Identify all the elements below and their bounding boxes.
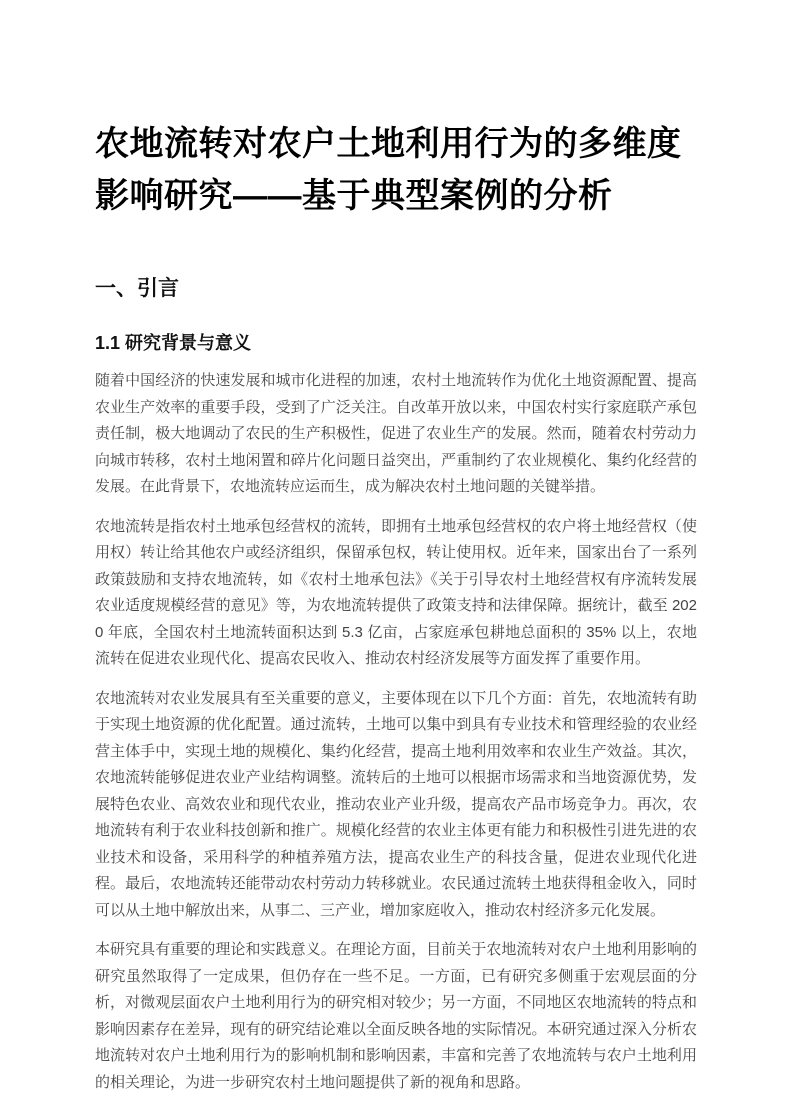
paragraph-definition-policy: 农地流转是指农村土地承包经营权的流转，即拥有土地承包经营权的农户将土地经营权（使… — [95, 514, 697, 673]
section-heading-introduction: 一、引言 — [95, 276, 697, 302]
subsection-heading-background: 1.1 研究背景与意义 — [95, 332, 697, 355]
document-title-line-2: 影响研究——基于典型案例的分析 — [95, 170, 697, 222]
document-title-line-1: 农地流转对农户土地利用行为的多维度 — [95, 118, 697, 170]
document-title: 农地流转对农户土地利用行为的多维度 影响研究——基于典型案例的分析 — [95, 118, 697, 222]
paragraph-research-value: 本研究具有重要的理论和实践意义。在理论方面，目前关于农地流转对农户土地利用影响的… — [95, 937, 697, 1096]
paragraph-significance: 农地流转对农业发展具有至关重要的意义，主要体现在以下几个方面：首先，农地流转有助… — [95, 686, 697, 925]
document-page: 农地流转对农户土地利用行为的多维度 影响研究——基于典型案例的分析 一、引言 1… — [0, 0, 792, 1120]
body-text-block: 随着中国经济的快速发展和城市化进程的加速，农村土地流转作为优化土地资源配置、提高… — [95, 368, 697, 1096]
paragraph-background: 随着中国经济的快速发展和城市化进程的加速，农村土地流转作为优化土地资源配置、提高… — [95, 368, 697, 501]
